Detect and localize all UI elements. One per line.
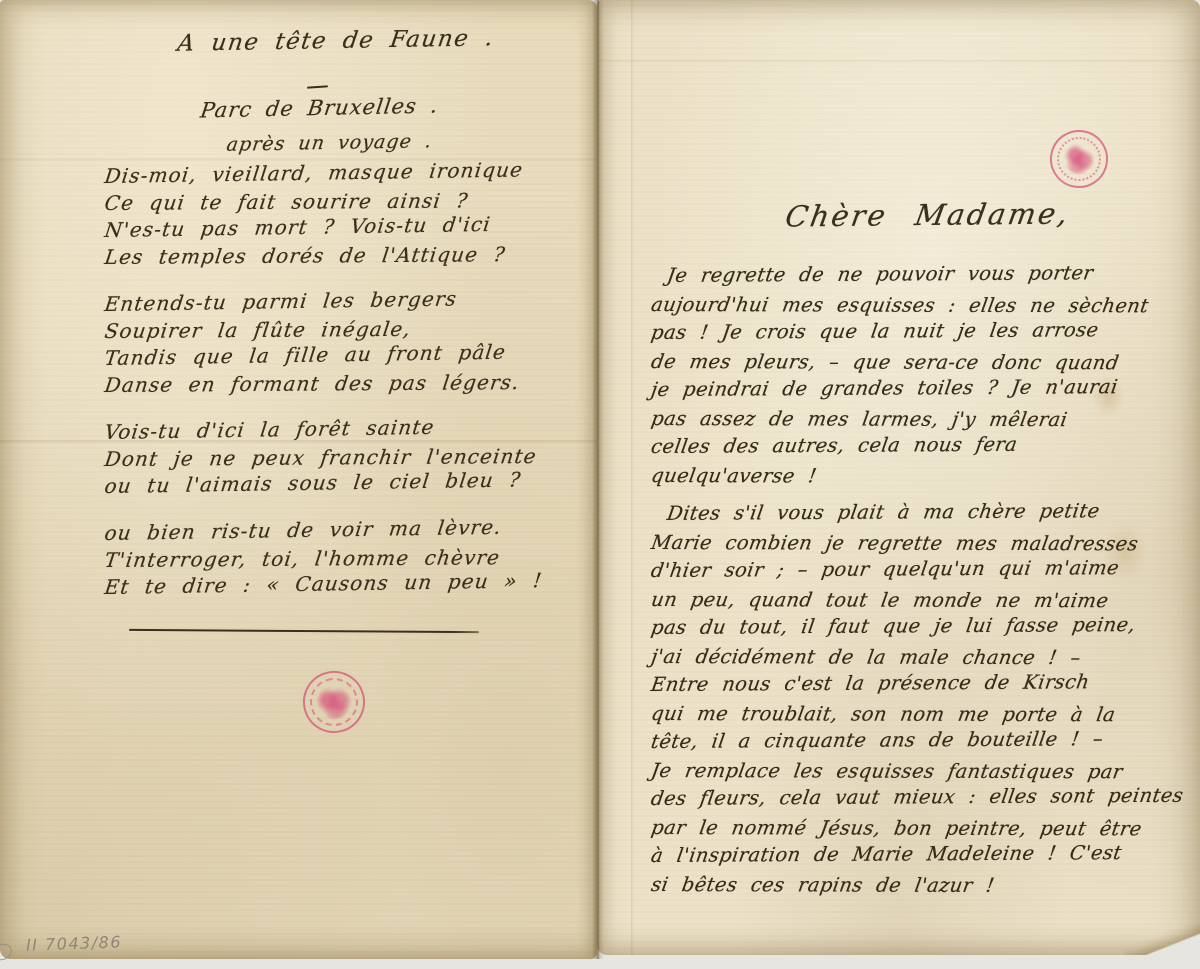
poem-body: Dis-moi, vieillard, masque ironique Ce q… [103, 163, 573, 621]
pencil-mark [0, 941, 14, 963]
letter-line: si bêtes ces rapins de l'azur ! [649, 871, 1200, 901]
inventory-number: II 7043/86 [26, 932, 123, 954]
letter-line: Dites s'il vous plait à ma chère petite [649, 497, 1200, 529]
letter-line: des fleurs, cela vaut mieux : elles sont… [649, 782, 1200, 814]
letter-line: celles des autres, cela nous fera [649, 430, 1200, 462]
letter-line: quelqu'averse ! [649, 462, 1200, 492]
page-seam [592, 0, 604, 959]
poem-line: Vois-tu d'ici la forêt sainte [103, 412, 577, 446]
fold-crease [597, 60, 1200, 64]
poem-place-line: Parc de Bruxelles . [199, 94, 440, 123]
collection-stamp-icon [295, 663, 373, 741]
poem-divider-line [129, 629, 479, 633]
letter-line: d'hier soir ; – pour quelqu'un qui m'aim… [649, 554, 1200, 586]
letter-line: pas du tout, il faut que je lui fasse pe… [649, 611, 1200, 643]
poem-line: ou bien ris-tu de voir ma lèvre. [103, 513, 577, 547]
letter-line: Je regrette de ne pouvoir vous porter [649, 259, 1200, 291]
letter-line: Entre nous c'est la présence de Kirsch [649, 668, 1200, 700]
letter-salutation: Chère Madame, [783, 197, 1073, 234]
corner-fold [1124, 925, 1200, 955]
poem-page: A une tête de Faune . Parc de Bruxelles … [0, 0, 597, 959]
title-underline-dash [307, 85, 328, 88]
poem-line: Les temples dorés de l'Attique ? [103, 241, 577, 271]
manuscript-scan: A une tête de Faune . Parc de Bruxelles … [0, 0, 1200, 969]
letter-line: à l'inspiration de Marie Madeleine ! C'e… [649, 839, 1200, 871]
letter-body: Je regrette de ne pouvoir vous porter au… [649, 262, 1197, 899]
poem-stanza: Entends-tu parmi les bergers Soupirer la… [103, 291, 573, 399]
letter-line: pas ! Je crois que la nuit je les arrose [649, 316, 1200, 348]
letter-line: je peindrai de grandes toiles ? Je n'aur… [649, 373, 1200, 405]
poem-stanza: Vois-tu d'ici la forêt sainte Dont je ne… [103, 419, 573, 500]
poem-title: A une tête de Faune . [176, 25, 496, 57]
poem-stanza: Dis-moi, vieillard, masque ironique Ce q… [103, 163, 573, 271]
fold-crease [631, 0, 634, 955]
poem-occasion-line: après un voyage . [225, 130, 433, 156]
poem-line: Danse en formant des pas légers. [103, 369, 577, 399]
letter-line: tête, il a cinquante ans de bouteille ! … [649, 725, 1200, 757]
poem-stanza: ou bien ris-tu de voir ma lèvre. T'inter… [103, 520, 573, 601]
poem-line: Entends-tu parmi les bergers [103, 284, 577, 318]
